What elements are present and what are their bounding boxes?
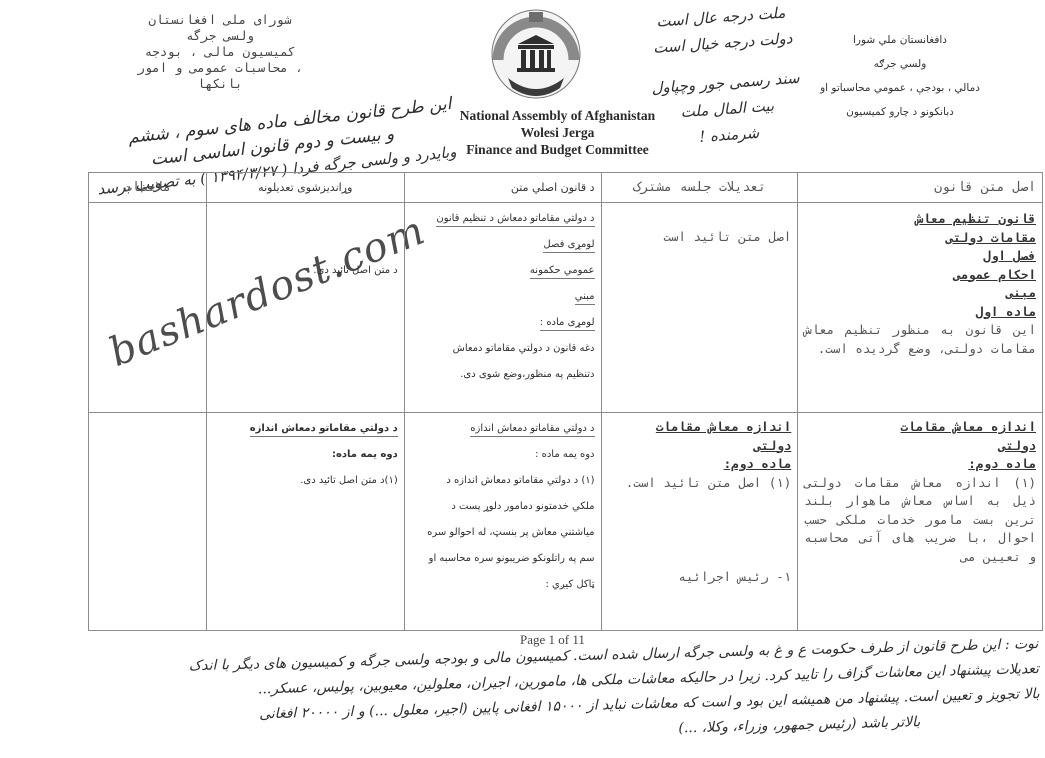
cell-heading-text: د دولتي مقاماتو دمعاش اندازه xyxy=(470,423,594,437)
header-left-line: ولسی جرگه xyxy=(95,28,345,44)
header-right-line: دافغانستان ملي شورا xyxy=(800,28,1000,52)
cell-heading: د دولتي مقاماتو دمعاش د تنظیم قانون xyxy=(411,206,595,232)
header-left-line: کمیسیون مالی ، بودجه xyxy=(95,44,345,60)
cell-body: این قانون به منظور تنظیم معاش مقامات دول… xyxy=(804,321,1036,358)
cell-body-line: دوه یمه ماده: xyxy=(213,442,398,468)
cell-body-line: ټاکل کیږي : xyxy=(411,572,595,598)
header-joint-session-amendments: تعدیلات جلسه مشترک xyxy=(601,173,798,203)
cell-list-item: ۱- رئیس اجرائیه xyxy=(608,568,792,587)
cell-heading-text: لومړی فصل xyxy=(543,239,594,253)
cell-heading: عمومي حکمونه xyxy=(411,258,595,284)
cell-heading: ماده دوم: xyxy=(804,455,1036,474)
header-left-line: شورای ملی افغانستان xyxy=(95,12,345,28)
cell-heading-text: عمومي حکمونه xyxy=(530,265,595,279)
wolesi-jirga-emblem-icon xyxy=(490,8,582,100)
cell-heading: اندازه معاش مقامات xyxy=(608,418,792,437)
table-header-row: اصل متن قانون تعدیلات جلسه مشترک د قانون… xyxy=(89,173,1043,203)
cell-body-line: (۱)د متن اصل تائید دی. xyxy=(213,468,398,494)
cell-original-text: قانون تنظیم معاش مقامات دولتی فصل اول اح… xyxy=(798,203,1043,413)
header-left-line: بانکها xyxy=(95,76,345,92)
cell-body: اصل متن تائید است xyxy=(608,228,792,247)
cell-heading: احکام عمومی xyxy=(804,266,1036,285)
cell-heading-text: لومړی ماده : xyxy=(540,317,595,331)
handwritten-note-top-right: ملت درجه عال است دولت درجه خیال است سند … xyxy=(635,0,815,154)
cell-body-line: (۱) د دولتي مقاماتو دمعاش اندازه د xyxy=(411,468,595,494)
cell-heading-text: د دولتي مقاماتو دمعاش اندازه xyxy=(250,423,398,437)
header-right-line: دبانکونو د چارو کمیسیون xyxy=(800,100,1000,124)
cell-heading: دولتی xyxy=(608,437,792,456)
assembly-title: National Assembly of Afghanistan xyxy=(440,107,675,124)
header-proposed-amendments: وړاندیزشوی تعدیلونه xyxy=(206,173,404,203)
header-left-persian: شورای ملی افغانستان ولسی جرگه کمیسیون ما… xyxy=(95,12,345,92)
cell-original-text: اندازه معاش مقامات دولتی ماده دوم: (۱) ا… xyxy=(798,413,1043,631)
cell-heading-text: د دولتي مقاماتو دمعاش د تنظیم قانون xyxy=(436,213,594,227)
cell-heading: فصل اول xyxy=(804,247,1036,266)
cell-heading: د دولتي مقاماتو دمعاش اندازه xyxy=(411,416,595,442)
cell-body-line: دوه یمه ماده : xyxy=(411,442,595,468)
cell-remarks xyxy=(89,203,207,413)
cell-heading-text: مبني xyxy=(575,291,595,305)
cell-heading: مقامات دولتی xyxy=(804,229,1036,248)
cell-heading: اندازه معاش مقامات xyxy=(804,418,1036,437)
cell-joint-session-amendment: اندازه معاش مقامات دولتی ماده دوم: (۱) ا… xyxy=(601,413,798,631)
cell-remarks xyxy=(89,413,207,631)
cell-body: د متن اصل تائید دی. xyxy=(213,258,398,284)
header-remarks: ملاحظات xyxy=(89,173,207,203)
cell-body: (۱) اصل متن تائید است. xyxy=(608,474,792,493)
cell-body-line: میاشتني معاش پر بنسټ، له احوالو سره xyxy=(411,520,595,546)
cell-heading: د دولتي مقاماتو دمعاش اندازه xyxy=(213,416,398,442)
cell-body-line: ملکي خدمتونو دمامور دلوړ پست د xyxy=(411,494,595,520)
header-right-line: ولسي جرګه xyxy=(800,52,1000,76)
cell-heading: لومړی ماده : xyxy=(411,310,595,336)
cell-pashto-original-text: د دولتي مقاماتو دمعاش د تنظیم قانون لومړ… xyxy=(404,203,601,413)
table-row: قانون تنظیم معاش مقامات دولتی فصل اول اح… xyxy=(89,203,1043,413)
cell-heading: دولتی xyxy=(804,437,1036,456)
cell-heading: لومړی فصل xyxy=(411,232,595,258)
cell-heading: مبني xyxy=(411,284,595,310)
table-row: اندازه معاش مقامات دولتی ماده دوم: (۱) ا… xyxy=(89,413,1043,631)
law-comparison-table: اصل متن قانون تعدیلات جلسه مشترک د قانون… xyxy=(88,172,1043,631)
cell-body-line: سم په راتلونکو ضریبونو سره محاسبه او xyxy=(411,546,595,572)
cell-body: (۱) اندازه معاش مقامات دولتی ذیل به اساس… xyxy=(804,474,1036,567)
header-original-text: اصل متن قانون xyxy=(798,173,1043,203)
cell-body-line: دغه قانون د دولتي مقاماتو دمعاش xyxy=(411,336,595,362)
cell-joint-session-amendment: اصل متن تائید است xyxy=(601,203,798,413)
cell-heading: مبنی xyxy=(804,284,1036,303)
header-pashto-original-text: د قانون اصلي متن xyxy=(404,173,601,203)
header-right-line: دمالي ، بودجې ، عمومي محاسباتو او xyxy=(800,76,1000,100)
header-left-line: ، محاسبات عمومی و امور xyxy=(95,60,345,76)
cell-heading: قانون تنظیم معاش xyxy=(804,210,1036,229)
header-center-english: National Assembly of Afghanistan Wolesi … xyxy=(440,107,675,158)
committee-title: Finance and Budget Committee xyxy=(440,141,675,158)
cell-body-line: دتنظیم په منظور،وضع شوی دی. xyxy=(411,362,595,388)
handwritten-note-bottom: نوت : این طرح قانون از طرف حکومت ع و غ ب… xyxy=(8,632,1040,758)
cell-heading: ماده دوم: xyxy=(608,455,792,474)
cell-proposed-amendment: د متن اصل تائید دی. xyxy=(206,203,404,413)
cell-proposed-amendment: د دولتي مقاماتو دمعاش اندازه دوه یمه ماد… xyxy=(206,413,404,631)
cell-heading: ماده اول xyxy=(804,303,1036,322)
header-right-pashto: دافغانستان ملي شورا ولسي جرګه دمالي ، بو… xyxy=(800,28,1000,124)
house-title: Wolesi Jerga xyxy=(440,124,675,141)
cell-pashto-original-text: د دولتي مقاماتو دمعاش اندازه دوه یمه ماد… xyxy=(404,413,601,631)
